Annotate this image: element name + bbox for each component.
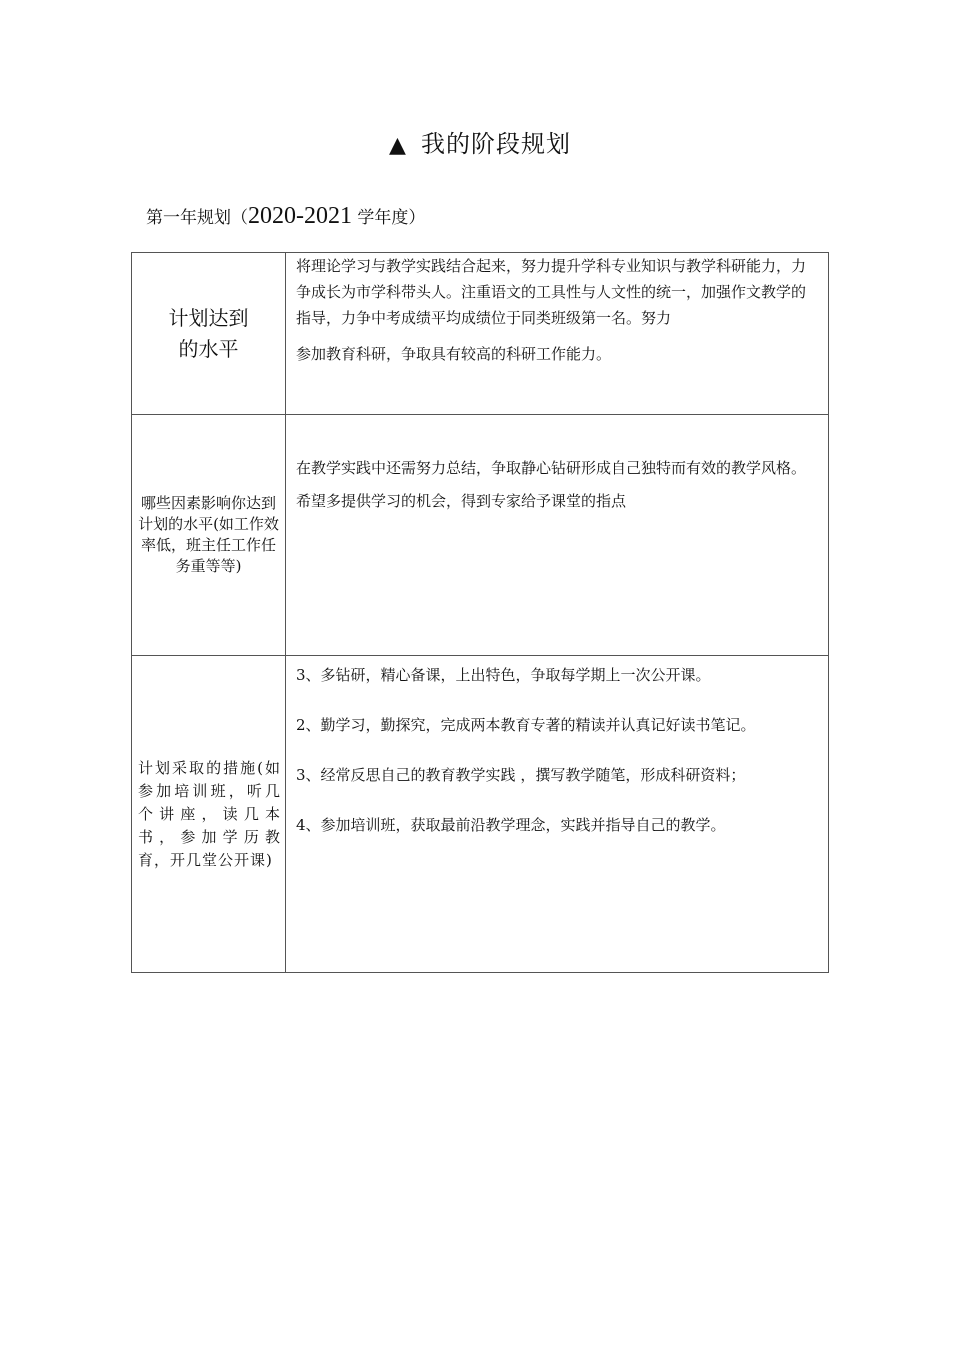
content-paragraph: 在教学实践中还需努力总结，争取静心钻研形成自己独特而有效的教学风格。 bbox=[296, 452, 820, 484]
row-label: 计划采取的措施(如参加培训班，听几个讲座，读几本书，参加学历教育，开几堂公开课) bbox=[132, 656, 286, 973]
row-label-text: 计划采取的措施(如参加培训班，听几个讲座，读几本书，参加学历教育，开几堂公开课) bbox=[132, 757, 285, 872]
section-years: 2020-2021 bbox=[248, 203, 352, 229]
content-paragraph: 参加教育科研，争取具有较高的科研工作能力。 bbox=[296, 341, 820, 367]
row-content: 将理论学习与教学实践结合起来，努力提升学科专业知识与教学科研能力，力争成长为市学… bbox=[286, 253, 829, 415]
row-label-line: 计划达到 bbox=[132, 303, 285, 334]
plan-table: 计划达到 的水平 将理论学习与教学实践结合起来，努力提升学科专业知识与教学科研能… bbox=[131, 252, 829, 973]
triangle-icon: ▲ bbox=[389, 133, 407, 158]
row-content: 在教学实践中还需努力总结，争取静心钻研形成自己独特而有效的教学风格。 希望多提供… bbox=[286, 415, 829, 656]
page-title: ▲我的阶段规划 bbox=[0, 124, 960, 159]
page-title-text: 我的阶段规划 bbox=[421, 130, 571, 158]
row-label-text: 哪些因素影响你达到计划的水平(如工作效率低，班主任工作任务重等等) bbox=[132, 493, 285, 577]
row-label: 哪些因素影响你达到计划的水平(如工作效率低，班主任工作任务重等等) bbox=[132, 415, 286, 656]
content-item: 3、多钻研，精心备课，上出特色，争取每学期上一次公开课。 bbox=[296, 662, 820, 688]
section-heading-suffix: 学年度） bbox=[352, 208, 425, 228]
content-item: 4、参加培训班，获取最前沿教学理念，实践并指导自己的教学。 bbox=[296, 812, 820, 838]
content-item: 2、勤学习，勤探究，完成两本教育专著的精读并认真记好读书笔记。 bbox=[296, 712, 820, 738]
table-row-factors: 哪些因素影响你达到计划的水平(如工作效率低，班主任工作任务重等等) 在教学实践中… bbox=[132, 415, 829, 656]
row-label-line: 的水平 bbox=[132, 334, 285, 365]
row-label: 计划达到 的水平 bbox=[132, 253, 286, 415]
section-heading-prefix: 第一年规划（ bbox=[146, 208, 248, 228]
section-heading: 第一年规划（2020-2021 学年度） bbox=[146, 203, 425, 230]
content-item: 3、经常反思自己的教育教学实践 ，撰写教学随笔，形成科研资料； bbox=[296, 762, 820, 788]
table-row-measures: 计划采取的措施(如参加培训班，听几个讲座，读几本书，参加学历教育，开几堂公开课)… bbox=[132, 656, 829, 973]
table-row-target-level: 计划达到 的水平 将理论学习与教学实践结合起来，努力提升学科专业知识与教学科研能… bbox=[132, 253, 829, 415]
content-paragraph: 将理论学习与教学实践结合起来，努力提升学科专业知识与教学科研能力，力争成长为市学… bbox=[296, 253, 820, 331]
row-content: 3、多钻研，精心备课，上出特色，争取每学期上一次公开课。 2、勤学习，勤探究，完… bbox=[286, 656, 829, 973]
content-paragraph: 希望多提供学习的机会，得到专家给予课堂的指点 bbox=[296, 488, 820, 514]
